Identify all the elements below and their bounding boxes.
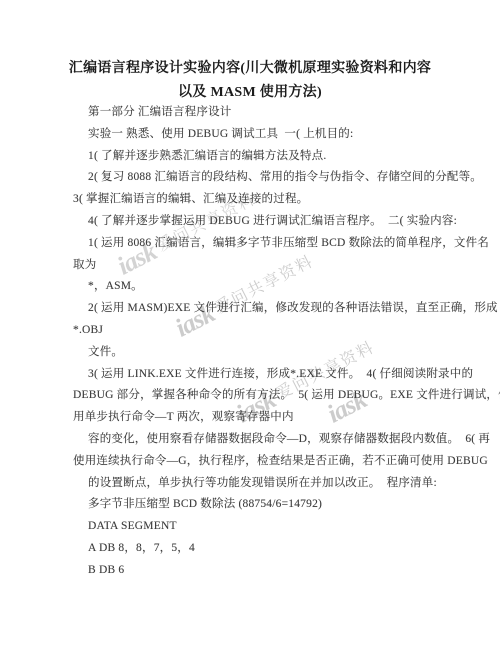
text-line: 的设置断点，单步执行等功能发现错误所在并加以改正。 程序清单: <box>88 473 500 495</box>
text-line: 2( 运用 MASM)EXE 文件进行汇编，修改发现的各种语法错误，直至正确，形… <box>88 298 500 320</box>
text-line: 3( 掌握汇编语言的编辑、汇编及连接的过程。 <box>73 189 500 211</box>
text-line: 4( 了解并逐步掌握运用 DEBUG 进行调试汇编语言程序。 二( 实验内容: <box>88 211 500 233</box>
document-page: iask爱问共享资料 iask爱问共享资料 iask爱问共享资料 iask 汇编… <box>0 0 500 647</box>
document-body: 第一部分 汇编语言程序设计 实验一 熟悉、使用 DEBUG 调试工具 一( 上机… <box>0 102 500 582</box>
text-line: 第一部分 汇编语言程序设计 <box>88 102 500 124</box>
text-line: 使用连续执行命令—G，执行程序，检查结果是否正确，若不正确可使用 DEBUG <box>73 451 500 473</box>
text-line: 多字节非压缩型 BCD 数除法 (88754/6=14792) <box>88 494 500 516</box>
text-line: 3( 运用 LINK.EXE 文件进行连接，形成*.EXE 文件。 4( 仔细阅… <box>88 364 500 386</box>
text-line: A DB 8，8，7，5，4 <box>88 538 500 560</box>
text-line: 1( 运用 8086 汇编语言，编辑多字节非压缩型 BCD 数除法的简单程序，文… <box>88 233 500 255</box>
text-line: 用单步执行命令—T 两次，观察寄存器中内 <box>73 407 500 429</box>
text-line: B DB 6 <box>88 560 500 582</box>
text-line: DATA SEGMENT <box>88 516 500 538</box>
text-line: 实验一 熟悉、使用 DEBUG 调试工具 一( 上机目的: <box>88 124 500 146</box>
document-title: 汇编语言程序设计实验内容(川大微机原理实验资料和内容 以及 MASM 使用方法) <box>0 57 500 105</box>
text-line: *，ASM。 <box>88 276 500 298</box>
text-line: 取为 <box>73 255 500 277</box>
text-line: 文件。 <box>88 342 500 364</box>
text-line: 容的变化，使用察看存储器数据段命令—D，观察存储器数据段内数值。 6( 再 <box>88 429 500 451</box>
text-line: DEBUG 部分，掌握各种命令的所有方法。 5( 运用 DEBUG。EXE 文件… <box>73 385 500 407</box>
title-line-1: 汇编语言程序设计实验内容(川大微机原理实验资料和内容 <box>0 57 500 81</box>
text-line: *.OBJ <box>73 320 500 342</box>
text-line: 1( 了解并逐步熟悉汇编语言的编辑方法及特点. <box>88 146 500 168</box>
text-line: 2( 复习 8088 汇编语言的段结构、常用的指令与伪指令、存储空间的分配等。 <box>88 167 500 189</box>
